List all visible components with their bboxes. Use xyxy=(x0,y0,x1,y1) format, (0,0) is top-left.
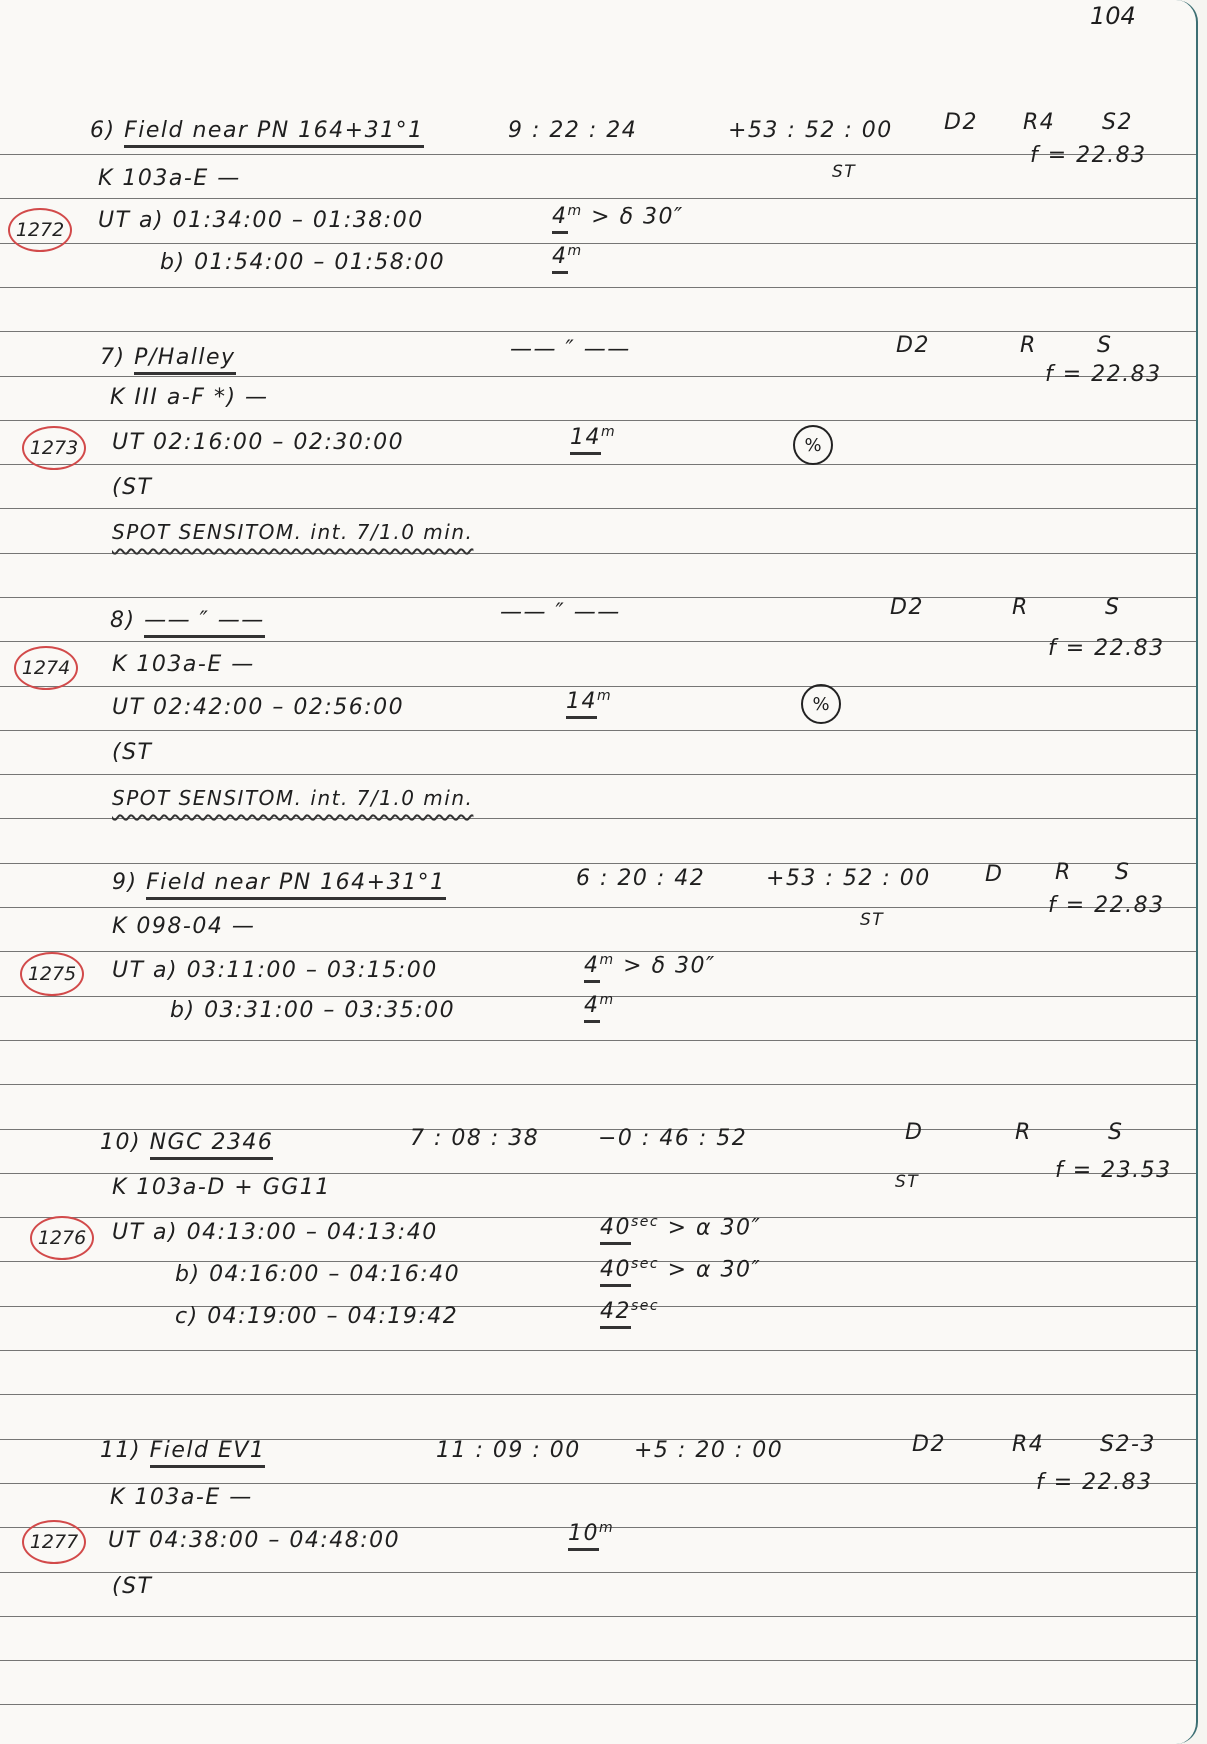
page-number: 104 xyxy=(1090,2,1136,30)
plate-number: 1275 xyxy=(20,952,84,996)
ruled-line xyxy=(0,420,1196,421)
ruled-line xyxy=(0,1660,1196,1661)
grade-d: D2 xyxy=(890,595,924,620)
plate-number: 1273 xyxy=(22,426,86,470)
ruled-line xyxy=(0,641,1196,642)
ruled-line xyxy=(0,907,1196,908)
emulsion: K 098-04 — xyxy=(112,914,255,939)
exposure-time: 04:19:00 – 04:19:42 xyxy=(207,1304,458,1329)
st-mark: (ST xyxy=(112,475,153,500)
exposure-duration: 42 xyxy=(600,1299,631,1329)
plate-number: 1274 xyxy=(14,646,78,690)
exposure-duration: 40 xyxy=(600,1257,631,1287)
st-mark: ST xyxy=(860,910,884,930)
ruled-line xyxy=(0,331,1196,332)
grade-s: S xyxy=(1105,595,1120,620)
exposure-duration: 4 xyxy=(552,244,568,274)
grade-d: D2 xyxy=(944,110,978,135)
ditto-mark: —— ″ —— xyxy=(510,337,631,362)
object-name: NGC 2346 xyxy=(150,1130,274,1160)
exposure-time: 04:38:00 – 04:48:00 xyxy=(149,1528,400,1553)
exposure-duration: 4 xyxy=(584,993,600,1023)
ruled-line xyxy=(0,774,1196,775)
exposure-duration: 14 xyxy=(566,689,597,719)
ruled-line xyxy=(0,464,1196,465)
emulsion: K III a-F *) — xyxy=(110,385,269,410)
plate-number: 1276 xyxy=(30,1216,94,1260)
ruled-line xyxy=(0,376,1196,377)
focus: f = 22.83 xyxy=(1048,636,1165,661)
object-name: Field near PN 164+31°1 xyxy=(124,118,424,148)
ruled-line xyxy=(0,508,1196,509)
grade-r: R4 xyxy=(1012,1432,1044,1457)
ruled-line xyxy=(0,243,1196,244)
ruled-line xyxy=(0,686,1196,687)
grade-s: S2 xyxy=(1102,110,1133,135)
ruled-line xyxy=(0,1350,1196,1351)
object-name: Field near PN 164+31°1 xyxy=(146,870,446,900)
exposure-time: 04:13:00 – 04:13:40 xyxy=(187,1220,438,1245)
grade-r: R xyxy=(1012,595,1029,620)
st-mark: ST xyxy=(832,162,856,182)
focus: f = 22.83 xyxy=(1045,362,1162,387)
grade-s: S2-3 xyxy=(1100,1432,1156,1457)
ruled-line xyxy=(0,1483,1196,1484)
entry-index: 6) xyxy=(90,118,116,143)
ruled-line xyxy=(0,1616,1196,1617)
plate-number: 1272 xyxy=(8,208,72,252)
st-mark: (ST xyxy=(112,740,153,765)
focus: f = 22.83 xyxy=(1048,893,1165,918)
emulsion: K 103a-E — xyxy=(98,166,241,191)
emulsion: K 103a-E — xyxy=(112,652,255,677)
st-mark: (ST xyxy=(112,1574,153,1599)
ruled-line xyxy=(0,553,1196,554)
percent-mark-icon: % xyxy=(801,684,841,724)
grade-d: D xyxy=(905,1120,923,1145)
emulsion: K 103a-E — xyxy=(110,1485,253,1510)
ditto-mark: —— ″ —— xyxy=(500,600,621,625)
spot-sensitometer-note: SPOT SENSITOM. int. 7/1.0 min. xyxy=(112,520,473,544)
object-name: P/Halley xyxy=(134,345,235,375)
ruled-line xyxy=(0,1040,1196,1041)
exposure-time: 02:16:00 – 02:30:00 xyxy=(153,430,404,455)
exposure-note: > α 30″ xyxy=(668,1257,762,1282)
exposure-duration: 4 xyxy=(552,204,568,234)
plate-number: 1277 xyxy=(22,1520,86,1564)
ruled-line xyxy=(0,1217,1196,1218)
exposure-time: 02:42:00 – 02:56:00 xyxy=(153,695,404,720)
grade-r: R xyxy=(1055,860,1072,885)
ruled-line xyxy=(0,287,1196,288)
ruled-line xyxy=(0,154,1196,155)
declination: +53 : 52 : 00 xyxy=(728,118,893,143)
notebook-page: 104 6) Field near PN 164+31°1 9 : 22 : 2… xyxy=(0,0,1198,1744)
ruled-line xyxy=(0,198,1196,199)
right-ascension: 6 : 20 : 42 xyxy=(576,866,705,891)
focus: f = 22.83 xyxy=(1030,143,1147,168)
exposure-duration: 14 xyxy=(570,425,601,455)
ruled-line xyxy=(0,1704,1196,1705)
grade-d: D2 xyxy=(912,1432,946,1457)
ruled-line xyxy=(0,1173,1196,1174)
ruled-line xyxy=(0,1084,1196,1085)
declination: +5 : 20 : 00 xyxy=(634,1438,783,1463)
spot-sensitometer-note: SPOT SENSITOM. int. 7/1.0 min. xyxy=(112,786,473,810)
exposure-duration: 4 xyxy=(584,953,600,983)
exposure-note: > δ 30″ xyxy=(591,204,684,229)
focus: f = 23.53 xyxy=(1055,1158,1172,1183)
right-ascension: 7 : 08 : 38 xyxy=(410,1126,539,1151)
exposure-time: 03:11:00 – 03:15:00 xyxy=(187,958,438,983)
exposure-note: > δ 30″ xyxy=(623,953,716,978)
emulsion: K 103a-D + GG11 xyxy=(112,1175,331,1200)
right-ascension: 11 : 09 : 00 xyxy=(436,1438,581,1463)
exposure-duration: 10 xyxy=(568,1521,599,1551)
grade-d: D xyxy=(985,862,1003,887)
ruled-line xyxy=(0,818,1196,819)
focus: f = 22.83 xyxy=(1036,1470,1153,1495)
grade-r: R4 xyxy=(1023,110,1055,135)
ruled-line xyxy=(0,1572,1196,1573)
declination: −0 : 46 : 52 xyxy=(598,1126,747,1151)
exposure-time: 01:54:00 – 01:58:00 xyxy=(194,250,445,275)
grade-r: R xyxy=(1015,1120,1032,1145)
exposure-duration: 40 xyxy=(600,1215,631,1245)
exposure-time: 03:31:00 – 03:35:00 xyxy=(204,998,455,1023)
ruled-line xyxy=(0,730,1196,731)
st-mark: ST xyxy=(895,1172,919,1192)
right-ascension: 9 : 22 : 24 xyxy=(508,118,637,143)
grade-d: D2 xyxy=(896,333,930,358)
object-name: —— ″ —— xyxy=(144,608,265,638)
exposure-time: 01:34:00 – 01:38:00 xyxy=(173,208,424,233)
object-name: Field EV1 xyxy=(150,1438,266,1468)
percent-mark-icon: % xyxy=(793,425,833,465)
exposure-note: > α 30″ xyxy=(668,1215,762,1240)
ruled-line xyxy=(0,863,1196,864)
declination: +53 : 52 : 00 xyxy=(766,866,931,891)
grade-s: S xyxy=(1108,1120,1123,1145)
grade-r: R xyxy=(1020,333,1037,358)
exposure-time: 04:16:00 – 04:16:40 xyxy=(209,1262,460,1287)
grade-s: S xyxy=(1097,333,1112,358)
ruled-line xyxy=(0,1394,1196,1395)
grade-s: S xyxy=(1115,860,1130,885)
